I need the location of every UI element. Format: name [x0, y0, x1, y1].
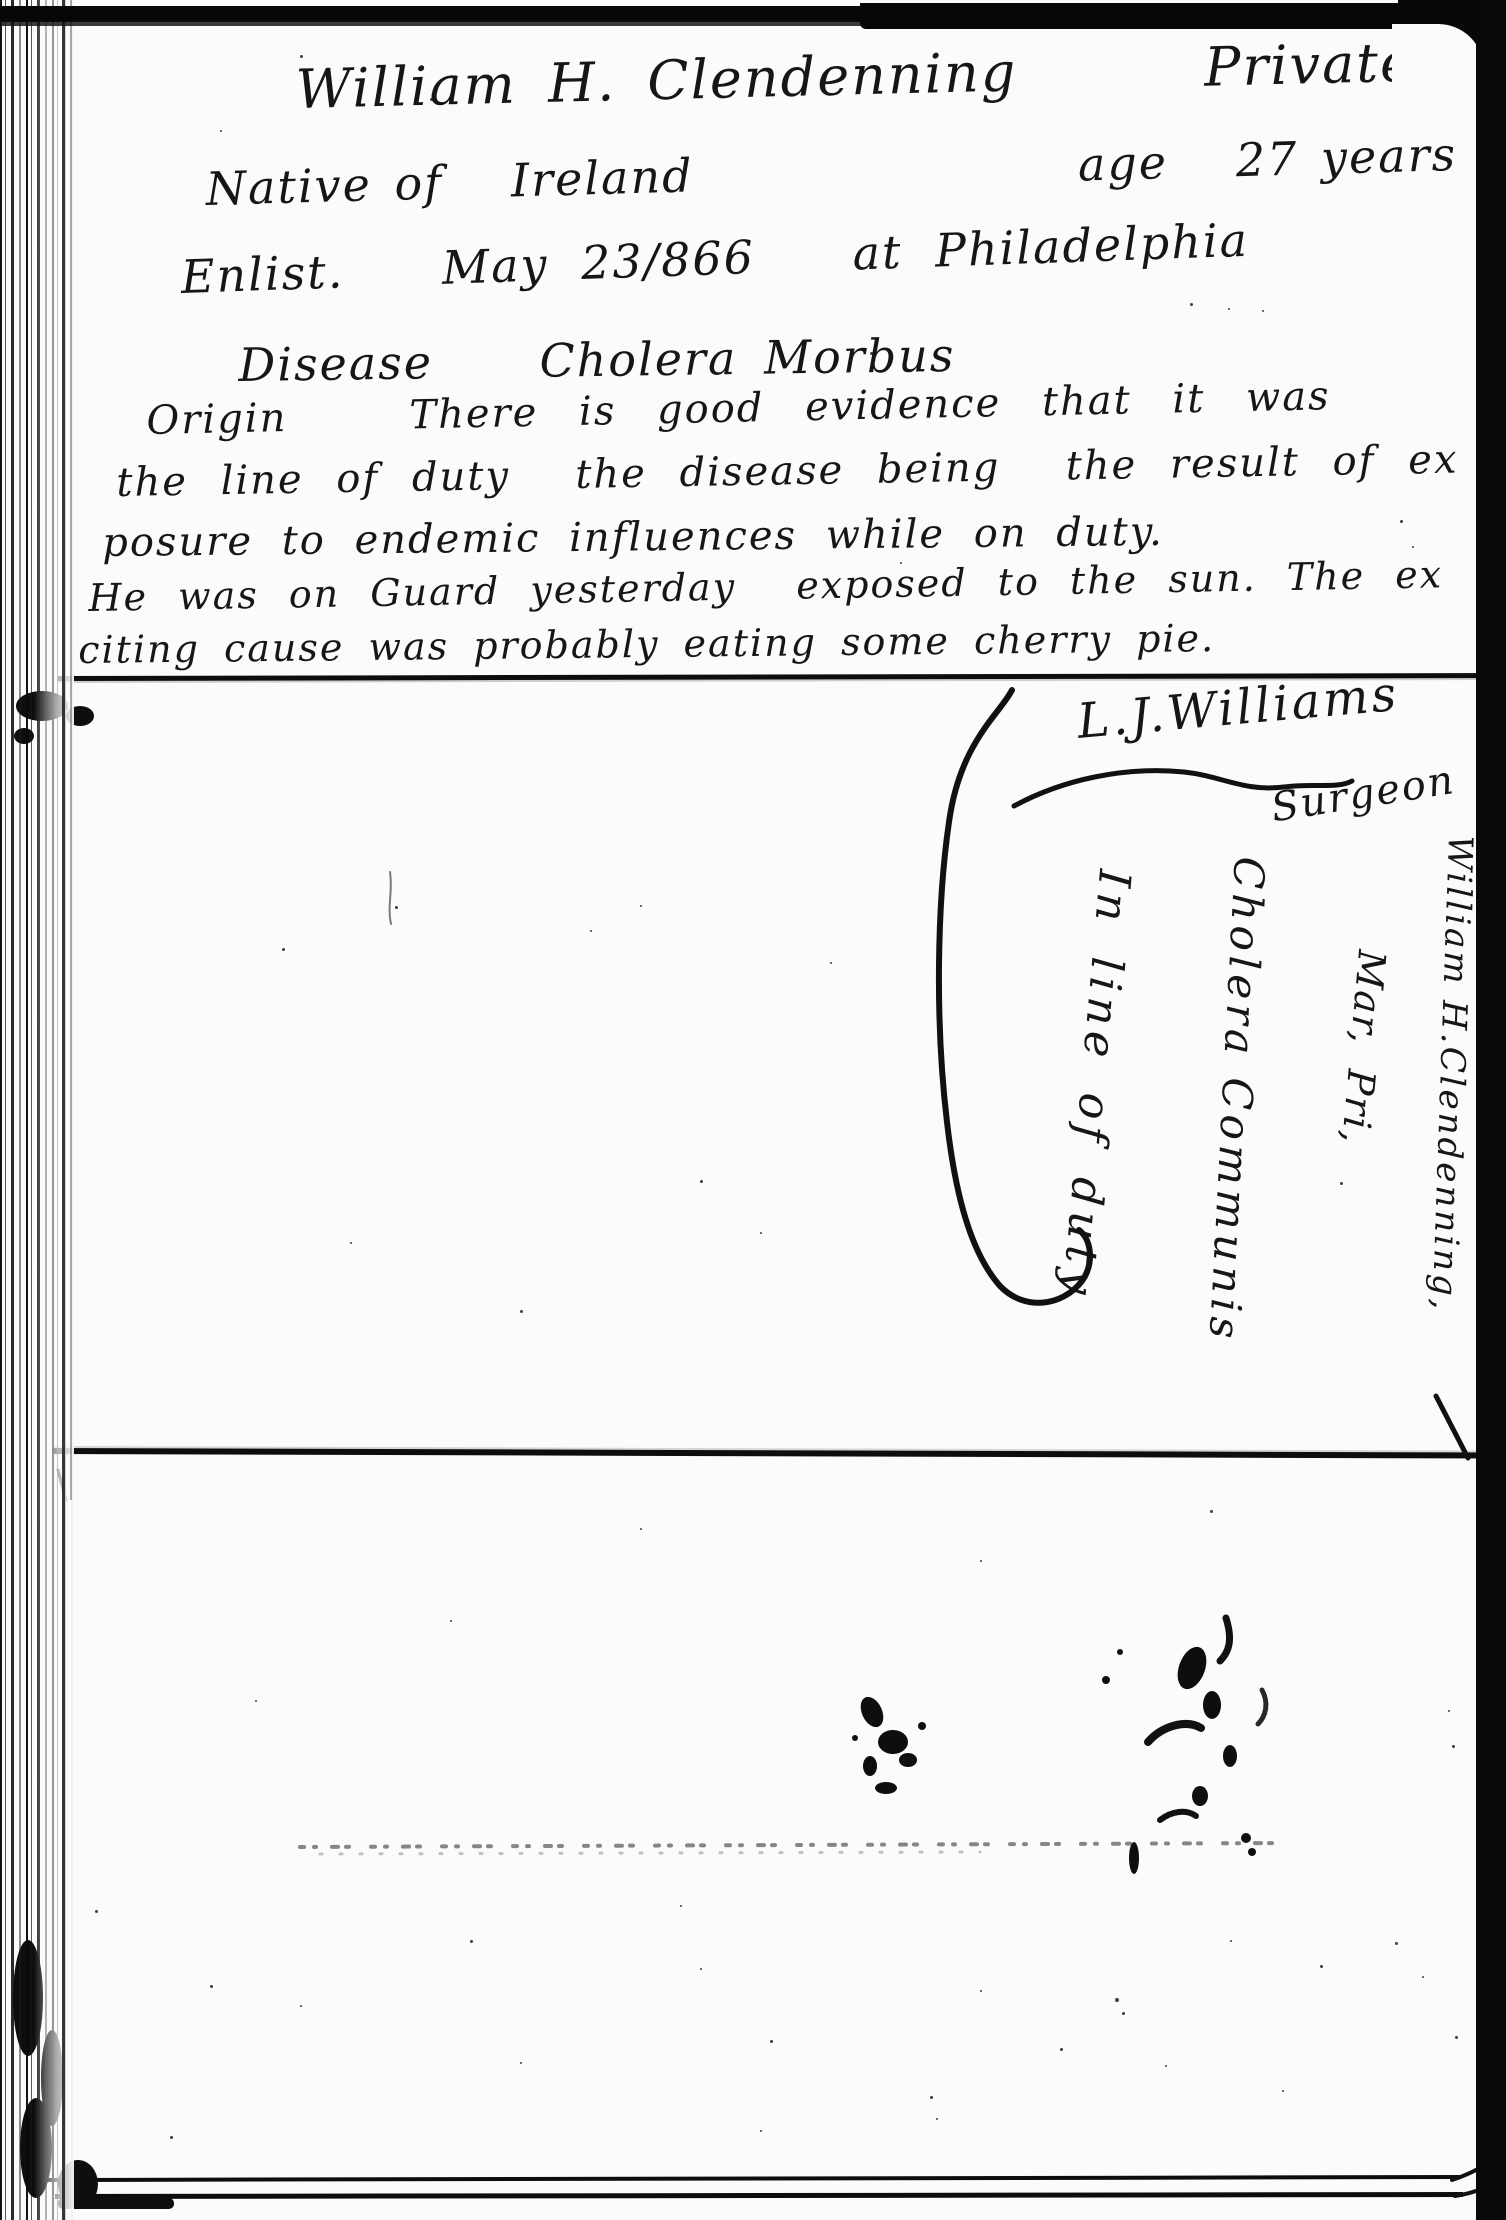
origin-line-2: the line of duty the disease being the r… — [116, 437, 1459, 506]
speckle — [1060, 2048, 1063, 2051]
speckle — [210, 1985, 213, 1988]
speckle — [282, 948, 285, 951]
speckle — [395, 906, 398, 909]
speckle — [900, 562, 902, 564]
margin-annotation-finding: In line of duty — [1052, 868, 1140, 1303]
speckle — [1448, 1710, 1450, 1712]
speckle — [770, 2040, 773, 2043]
speckle — [520, 1310, 523, 1313]
speckle — [300, 2005, 302, 2007]
speckle — [980, 1560, 982, 1562]
scan-top-border-thick — [860, 3, 1408, 29]
patient-name-header: William H. Clendenning Private Mar — [295, 27, 1506, 121]
speckle — [350, 1242, 352, 1244]
speckle — [1422, 1976, 1424, 1978]
speckle — [1282, 2090, 1284, 2092]
speckle — [830, 962, 832, 964]
bottom-rule-lower — [55, 2192, 1463, 2199]
speckle — [220, 130, 222, 132]
margin-annotation-diagnosis: Cholera Communis — [1200, 855, 1274, 1344]
stray-diagonal-mark — [1436, 1396, 1468, 1458]
speckle — [1228, 308, 1230, 310]
speckle — [590, 930, 592, 932]
page-edge-line-faint — [70, 0, 72, 1500]
binding-fade — [34, 0, 74, 2220]
speckle — [1210, 1510, 1213, 1513]
speckle — [450, 1620, 452, 1622]
speckle — [930, 2096, 933, 2099]
speckle — [1115, 1998, 1119, 2002]
speckle — [1452, 1745, 1455, 1748]
speckle — [870, 352, 873, 355]
origin-line-5: citing cause was probably eating some ch… — [78, 616, 1215, 672]
speckle — [520, 2062, 522, 2064]
speckle — [680, 1905, 682, 1907]
native-and-age-line: Native of Ireland age 27 years — [205, 127, 1458, 216]
speckle — [1412, 546, 1414, 548]
speckle — [1400, 520, 1403, 523]
speckle — [700, 1180, 703, 1183]
speckle — [470, 1940, 473, 1943]
speckle — [700, 1968, 702, 1970]
scanned-document-page: William H. Clendenning Private Mar Nativ… — [0, 0, 1506, 2220]
speckle — [640, 1528, 642, 1530]
margin-annotation-name: William H.Clendenning, — [1423, 835, 1480, 1314]
speckle — [1122, 2012, 1125, 2015]
speckle — [1165, 2065, 1167, 2067]
speckle — [95, 1910, 98, 1913]
page-edge-line — [62, 0, 65, 2220]
surgeon-title: Surgeon — [1268, 757, 1458, 831]
speckle — [300, 55, 303, 58]
enlistment-line: Enlist. May 23/866 at Philadelphia — [180, 213, 1250, 304]
speckle — [255, 1700, 257, 1702]
speckle — [760, 1232, 762, 1234]
speckle — [980, 1990, 982, 1992]
speckle — [430, 98, 433, 101]
speckle — [170, 2136, 173, 2139]
horizontal-rule-2 — [52, 1448, 1502, 1459]
origin-line-3: posure to endemic influences while on du… — [102, 509, 1164, 566]
scan-right-border — [1476, 0, 1506, 2220]
speckle — [760, 482, 762, 484]
bottom-rule-upper — [45, 2175, 1461, 2182]
margin-annotation-rank: Mar, Pri, — [1333, 948, 1394, 1147]
speckle — [1320, 1965, 1323, 1968]
speckle — [760, 2130, 762, 2132]
speckle — [1190, 303, 1193, 306]
speckle — [1455, 2036, 1458, 2039]
speckle — [640, 905, 642, 907]
speckle — [1340, 1182, 1343, 1185]
speckle — [1230, 1940, 1232, 1942]
speckle — [1395, 1942, 1398, 1945]
speckle — [936, 2118, 938, 2120]
speckle — [1262, 310, 1264, 312]
